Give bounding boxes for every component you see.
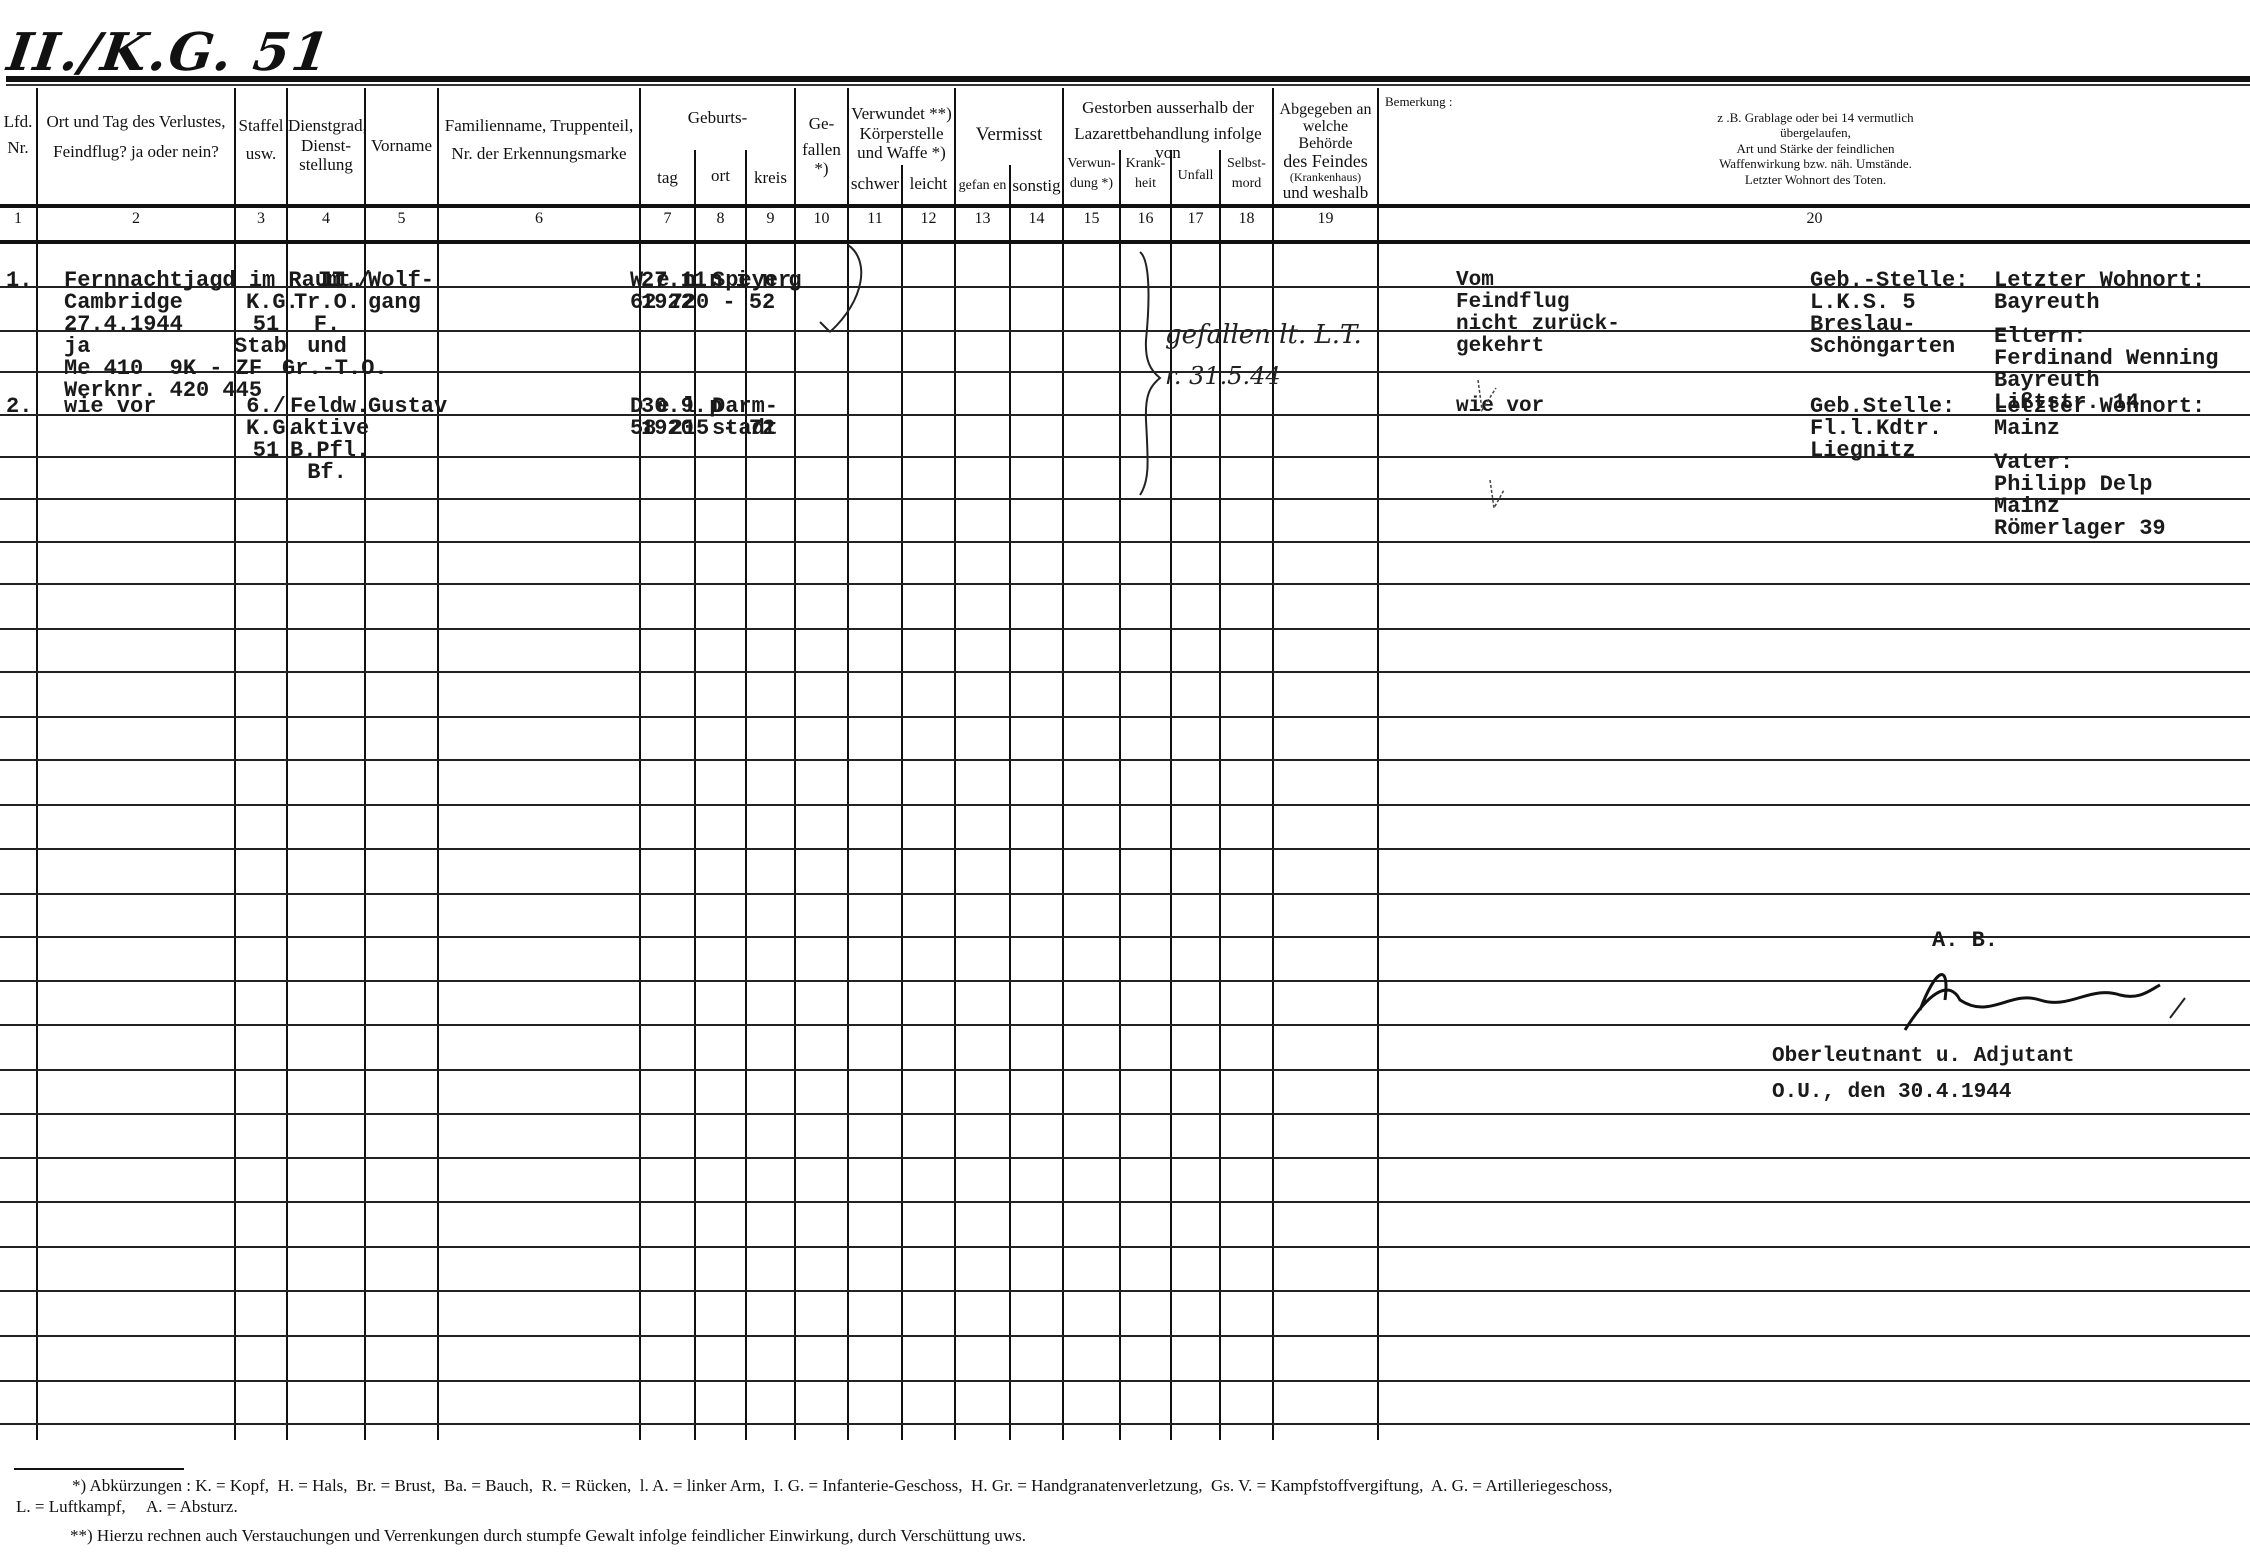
handwritten-note-line1: gefallen lt. L.T.: [1165, 320, 1362, 350]
footnote-2: **) Hierzu rechnen auch Verstauchungen u…: [70, 1526, 1026, 1546]
ab-mark: A. B.: [1932, 930, 1998, 952]
place-date: O.U., den 30.4.1944: [1772, 1082, 2011, 1104]
handwritten-marks: [0, 0, 2250, 1566]
handwritten-note-line2: r. 31.5.44: [1165, 362, 1281, 390]
footnote-1-cont: L. = Luftkampf, A. = Absturz.: [16, 1497, 238, 1517]
footnote-1: *) Abkürzungen : K. = Kopf, H. = Hals, B…: [72, 1476, 1612, 1496]
footnote-rule: [14, 1468, 184, 1470]
signatory-rank: Oberleutnant u. Adjutant: [1772, 1046, 2074, 1068]
